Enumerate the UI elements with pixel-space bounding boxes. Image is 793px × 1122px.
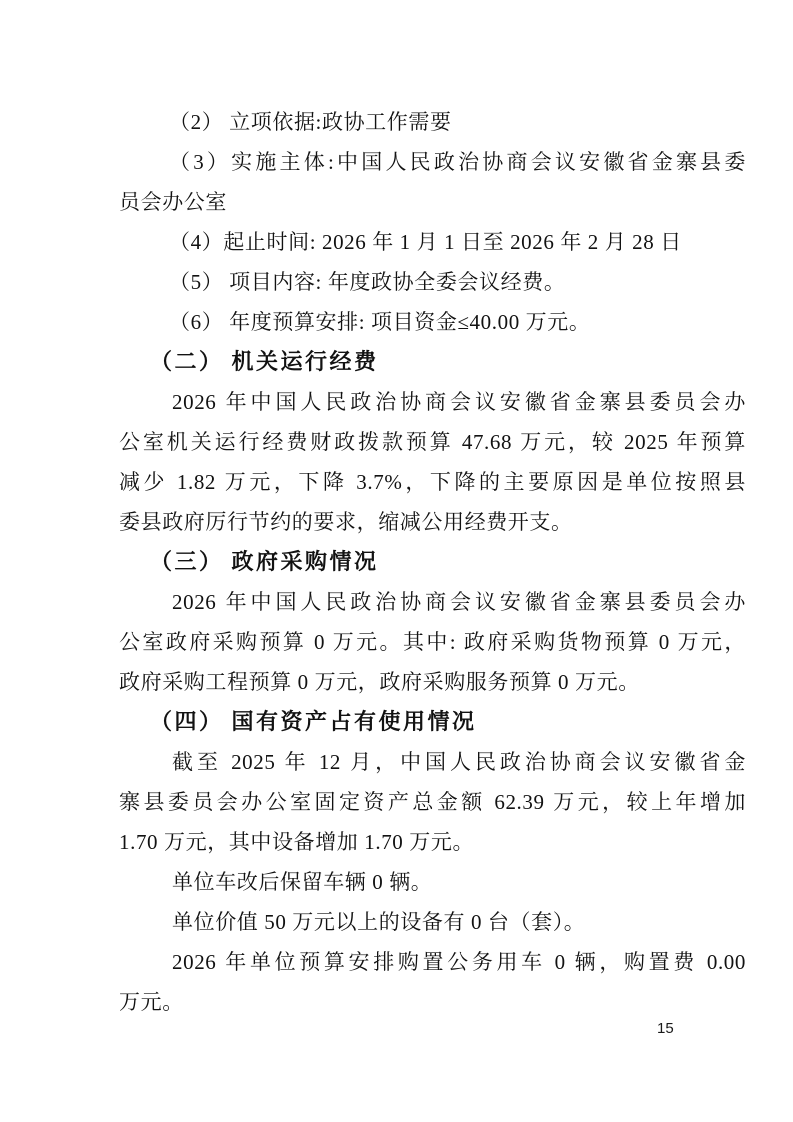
text-line: （3）实施主体:中国人民政治协商会议安徽省金寨县委 [119,142,746,182]
text-line: 2026 年单位预算安排购置公务用车 0 辆，购置费 0.00 [119,942,746,982]
section-heading: （二） 机关运行经费 [119,342,746,382]
text-line: （三） 政府采购情况 [119,542,746,582]
text-line: 2026 年中国人民政治协商会议安徽省金寨县委员会办 [119,582,746,622]
text-line: 公室机关运行经费财政拨款预算 47.68 万元，较 2025 年预算 [119,422,746,462]
paragraph: 单位价值 50 万元以上的设备有 0 台（套）。 [119,902,746,942]
text-line: 万元。 [119,982,746,1022]
text-line: 1.70 万元，其中设备增加 1.70 万元。 [119,822,746,862]
document-body: （2） 立项依据:政协工作需要（3）实施主体:中国人民政治协商会议安徽省金寨县委… [119,102,746,1022]
text-line: 政府采购工程预算 0 万元，政府采购服务预算 0 万元。 [119,662,746,702]
paragraph: 2026 年中国人民政治协商会议安徽省金寨县委员会办公室政府采购预算 0 万元。… [119,582,746,702]
text-line: （6） 年度预算安排: 项目资金≤40.00 万元。 [119,302,746,342]
list-item: （4）起止时间: 2026 年 1 月 1 日至 2026 年 2 月 28 日 [119,222,746,262]
text-line: 截至 2025 年 12 月，中国人民政治协商会议安徽省金 [119,742,746,782]
section-heading: （三） 政府采购情况 [119,542,746,582]
list-item: （5） 项目内容: 年度政协全委会议经费。 [119,262,746,302]
page-number: 15 [657,1020,674,1038]
paragraph: 2026 年中国人民政治协商会议安徽省金寨县委员会办公室机关运行经费财政拨款预算… [119,382,746,542]
text-line: （2） 立项依据:政协工作需要 [119,102,746,142]
list-item: （3）实施主体:中国人民政治协商会议安徽省金寨县委员会办公室 [119,142,746,222]
text-line: 减少 1.82 万元，下降 3.7%，下降的主要原因是单位按照县 [119,462,746,502]
text-line: （5） 项目内容: 年度政协全委会议经费。 [119,262,746,302]
paragraph: 单位车改后保留车辆 0 辆。 [119,862,746,902]
text-line: 公室政府采购预算 0 万元。其中: 政府采购货物预算 0 万元， [119,622,746,662]
text-line: 2026 年中国人民政治协商会议安徽省金寨县委员会办 [119,382,746,422]
text-line: （二） 机关运行经费 [119,342,746,382]
section-heading: （四） 国有资产占有使用情况 [119,702,746,742]
text-line: 员会办公室 [119,182,746,222]
paragraph: 2026 年单位预算安排购置公务用车 0 辆，购置费 0.00万元。 [119,942,746,1022]
text-line: 委县政府厉行节约的要求，缩减公用经费开支。 [119,502,746,542]
list-item: （2） 立项依据:政协工作需要 [119,102,746,142]
text-line: 寨县委员会办公室固定资产总金额 62.39 万元，较上年增加 [119,782,746,822]
list-item: （6） 年度预算安排: 项目资金≤40.00 万元。 [119,302,746,342]
paragraph: 截至 2025 年 12 月，中国人民政治协商会议安徽省金寨县委员会办公室固定资… [119,742,746,862]
text-line: （四） 国有资产占有使用情况 [119,702,746,742]
text-line: 单位车改后保留车辆 0 辆。 [119,862,746,902]
text-line: （4）起止时间: 2026 年 1 月 1 日至 2026 年 2 月 28 日 [119,222,746,262]
text-line: 单位价值 50 万元以上的设备有 0 台（套）。 [119,902,746,942]
